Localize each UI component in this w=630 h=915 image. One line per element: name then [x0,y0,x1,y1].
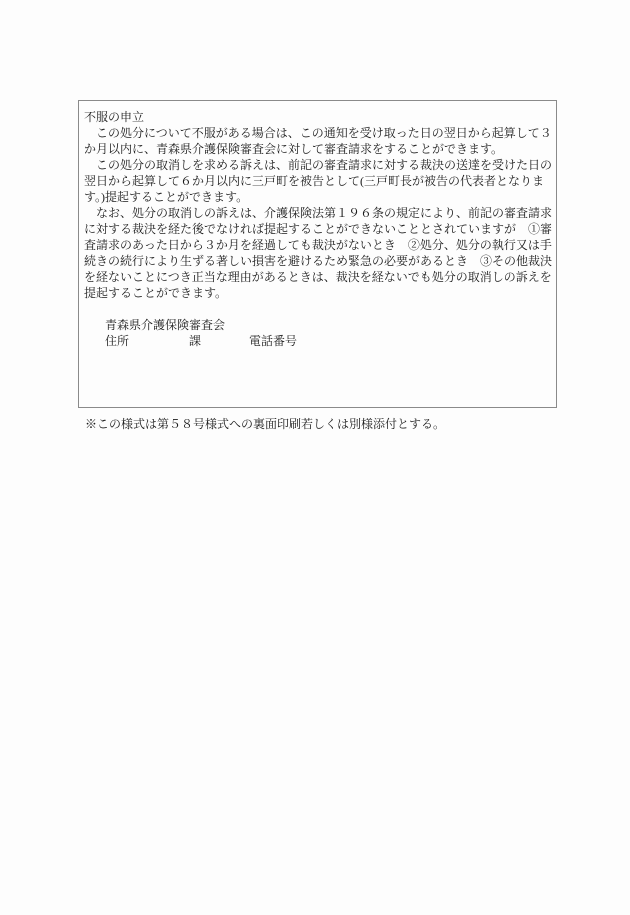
form-footnote: ※この様式は第５８号様式への裏面印刷若しくは別様添付とする。 [85,416,445,432]
paragraph-review-request: この処分について不服がある場合は、この通知を受け取った日の翌日から起算して３ か… [84,125,551,157]
committee-contact-line: 住所 課 電話番号 [84,333,551,349]
paragraph-revocation-suit: この処分の取消しを求める訴えは、前記の審査請求に対する裁決の送達を受けた日の 翌… [84,157,551,205]
committee-name: 青森県介護保険審査会 [84,317,551,333]
appeal-notice-box: 不服の申立 この処分について不服がある場合は、この通知を受け取った日の翌日から起… [78,100,557,408]
document-page: 不服の申立 この処分について不服がある場合は、この通知を受け取った日の翌日から起… [0,0,630,915]
appeal-notice-title: 不服の申立 [84,109,551,125]
paragraph-exceptions: なお、処分の取消しの訴えは、介護保険法第１９６条の規定により、前記の審査請求 に… [84,205,551,301]
